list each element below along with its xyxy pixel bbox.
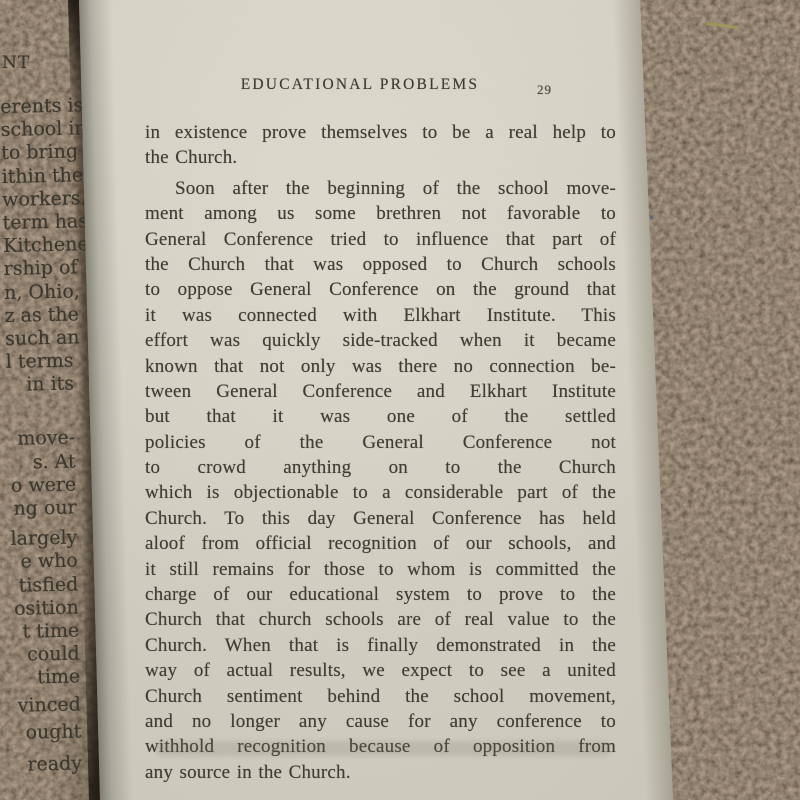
left-page-line: e who bbox=[10, 550, 78, 575]
left-page-line: Kitchener bbox=[3, 234, 71, 259]
left-page-line: to bring bbox=[1, 141, 69, 166]
left-page-line: vinced bbox=[13, 693, 81, 718]
left-page-line: such an bbox=[5, 326, 73, 351]
body-line: which is objectionable to a considerable… bbox=[145, 480, 616, 505]
body-line: Church sentiment behind the school movem… bbox=[145, 684, 616, 709]
open-book-photo: NT erents is school in to bring ithin th… bbox=[0, 0, 800, 800]
left-page-line: rship of bbox=[3, 257, 71, 282]
body-line: aloof from official recognition of our s… bbox=[145, 531, 616, 556]
body-line: the Church. bbox=[145, 145, 616, 170]
left-page-line: o were bbox=[8, 473, 76, 498]
body-line: it was connected with Elkhart Institute.… bbox=[145, 303, 616, 328]
left-page-line: z as the bbox=[4, 303, 72, 328]
running-head-title: EDUCATIONAL PROBLEMS bbox=[125, 76, 595, 94]
left-page-line: ready bbox=[14, 752, 82, 777]
body-line: effort was quickly side-tracked when it … bbox=[145, 328, 616, 353]
left-page-line: time bbox=[12, 666, 80, 691]
body-line: General Conference tried to influence th… bbox=[145, 227, 616, 252]
body-line: to oppose General Conference on the grou… bbox=[145, 277, 616, 302]
carpet-blue-speck bbox=[650, 215, 653, 220]
page-header: EDUCATIONAL PROBLEMS 29 bbox=[125, 76, 595, 98]
left-page-line: l terms bbox=[5, 350, 73, 375]
left-page-text-column: erents is school in to bring ithin the w… bbox=[0, 95, 82, 777]
left-page-running-head-fragment: NT bbox=[2, 53, 30, 73]
body-line: tween General Conference and Elkhart Ins… bbox=[145, 379, 616, 404]
left-page-line: move- bbox=[7, 427, 75, 452]
left-page-line: ought bbox=[13, 720, 81, 745]
body-line: Church. To this day General Conference h… bbox=[145, 506, 616, 531]
page-number: 29 bbox=[537, 82, 552, 98]
body-line: any source in the Church. bbox=[145, 760, 616, 785]
body-line: to crowd anything on to the Church bbox=[145, 455, 616, 480]
body-line: ment among us some brethren not favorabl… bbox=[145, 201, 616, 226]
body-line: Church that church schools are of real v… bbox=[145, 607, 616, 632]
ink-show-through bbox=[155, 741, 611, 756]
left-page-line: tisfied bbox=[10, 573, 78, 598]
body-line: policies of the General Conference not bbox=[145, 430, 616, 455]
body-line: in existence prove themselves to be a re… bbox=[145, 120, 616, 145]
body-line: it still remains for those to whom is co… bbox=[145, 557, 616, 582]
body-line: Soon after the beginning of the school m… bbox=[145, 176, 616, 201]
left-page-line: t time bbox=[11, 619, 79, 644]
left-page-line: ng our bbox=[8, 496, 76, 521]
left-page-line: osition bbox=[11, 596, 79, 621]
body-line: way of actual results, we expect to see … bbox=[145, 658, 616, 683]
left-page-line: s. At bbox=[7, 450, 75, 475]
left-page-line: erents is bbox=[0, 95, 68, 120]
left-page-line: largely bbox=[9, 527, 77, 552]
left-page-line: ithin the bbox=[1, 164, 69, 189]
left-page-line: school in bbox=[0, 118, 68, 143]
body-line: charge of our educational system to prov… bbox=[145, 582, 616, 607]
left-page-line: in its bbox=[6, 373, 74, 398]
left-page-line: n, Ohio, bbox=[4, 280, 72, 305]
left-page-line: workers. bbox=[2, 187, 70, 212]
body-line: known that not only was there no connect… bbox=[145, 354, 616, 379]
left-page-line: term has bbox=[2, 210, 70, 235]
body-line: the Church that was opposed to Church sc… bbox=[145, 252, 616, 277]
body-line: but that it was one of the settled bbox=[145, 404, 616, 429]
body-line: and no longer any cause for any conferen… bbox=[145, 709, 616, 734]
page-body-text: in existence prove themselves to be a re… bbox=[145, 120, 616, 785]
body-line: Church. When that is finally demonstrate… bbox=[145, 633, 616, 658]
left-page-line: could bbox=[11, 643, 79, 668]
